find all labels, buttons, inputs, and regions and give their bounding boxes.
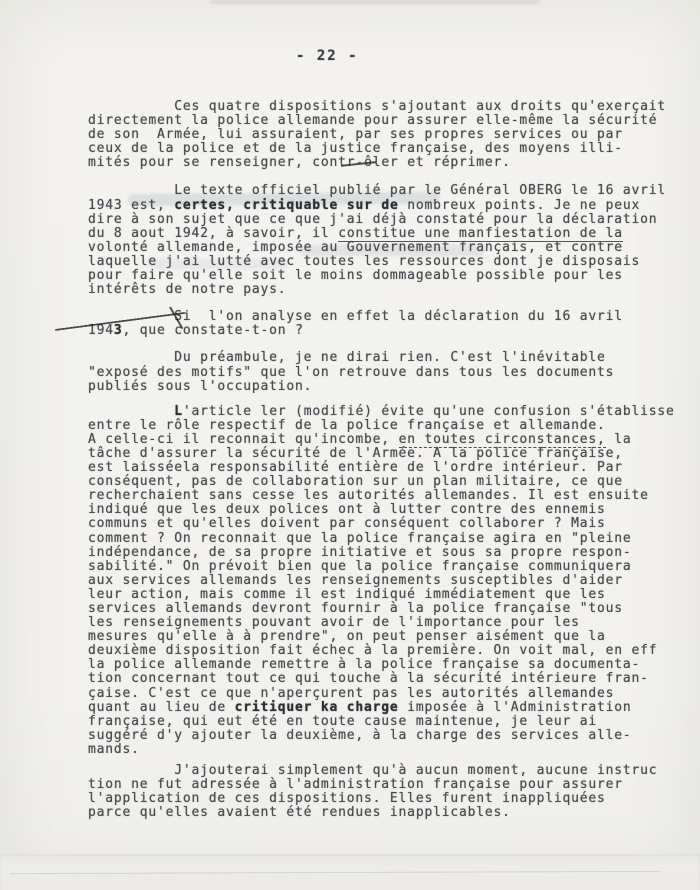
text-line: publiés sous l'occupation. <box>88 380 673 394</box>
text-line: çaise. C'est ce que n'aperçurent pas les… <box>88 687 673 701</box>
text-line: communs et qu'elles doivent par conséque… <box>88 517 673 531</box>
document-page: - 22 - Ces quatre dispositions s'ajoutan… <box>0 0 700 890</box>
paragraph: J'ajouterai simplement qu'à aucun moment… <box>88 764 673 820</box>
paragraph: Du préambule, je ne dirai rien. C'est l'… <box>88 351 673 393</box>
text-line: J'ajouterai simplement qu'à aucun moment… <box>88 764 673 778</box>
scan-artifact <box>210 0 540 4</box>
text-line: laquelle j'ai lutté avec toutes les ress… <box>88 255 673 269</box>
text-line: suggéré d'y ajouter la deuxième, à la ch… <box>88 729 673 743</box>
text-line: indépendance, de sa propre initiative et… <box>88 546 673 560</box>
paragraph: Le texte officiel publié par le Général … <box>88 184 673 297</box>
text-line: du 8 aout 1942, à savoir, il constitue u… <box>88 227 673 241</box>
text-line: intérêts de notre pays. <box>88 283 673 297</box>
paragraph: Ces quatre dispositions s'ajoutant aux d… <box>88 100 673 170</box>
text-line: tâche d'assurer la sécurité de l'Armée. … <box>88 447 673 461</box>
text-line: L'article ler (modifié) évite qu'une con… <box>88 405 673 419</box>
text-line: A celle-ci il reconnait qu'incombe, en t… <box>88 433 673 447</box>
text-line: quant au lieu de critiquer ka charge imp… <box>88 701 673 715</box>
text-line: mands. <box>88 743 673 757</box>
text-line: tion concernant tout ce qui touche à la … <box>88 672 673 686</box>
text-line: 1943 est, certes, critiquable sur de nom… <box>88 199 673 213</box>
text-line: dire à son sujet que ce que j'ai déjà co… <box>88 213 673 227</box>
text-line: entre le rôle respectif de la police fra… <box>88 419 673 433</box>
text-line: mités pour se renseigner, contr-ôler et … <box>88 156 673 170</box>
document-body: Ces quatre dispositions s'ajoutant aux d… <box>88 100 673 820</box>
text-line: 1943, que constate-t-on ? <box>88 324 673 338</box>
text-line: Du préambule, je ne dirai rien. C'est l'… <box>88 351 673 365</box>
text-line: aux services allemands les renseignement… <box>88 574 673 588</box>
text-line: française, qui eut été en toute cause ma… <box>88 715 673 729</box>
text-line: sabilité." On prévoit bien que la police… <box>88 560 673 574</box>
text-line: leur action, mais comme il est indiqué i… <box>88 588 673 602</box>
text-line: pour faire qu'elle soit le moins dommage… <box>88 269 673 283</box>
page-number: - 22 - <box>296 48 359 64</box>
text-line: comment ? On reconnait que la police fra… <box>88 532 673 546</box>
text-line: Le texte officiel publié par le Général … <box>88 184 673 198</box>
text-line: Ces quatre dispositions s'ajoutant aux d… <box>88 100 673 114</box>
paragraph: L'article ler (modifié) évite qu'une con… <box>88 405 673 757</box>
text-line: parce qu'elles avaient été rendues inapp… <box>88 806 673 820</box>
text-line: volonté allemande, imposée au Gouverneme… <box>88 241 673 255</box>
text-line: services allemands devront fournir à la … <box>88 602 673 616</box>
text-line: "exposé des motifs" que l'on retrouve da… <box>88 366 673 380</box>
